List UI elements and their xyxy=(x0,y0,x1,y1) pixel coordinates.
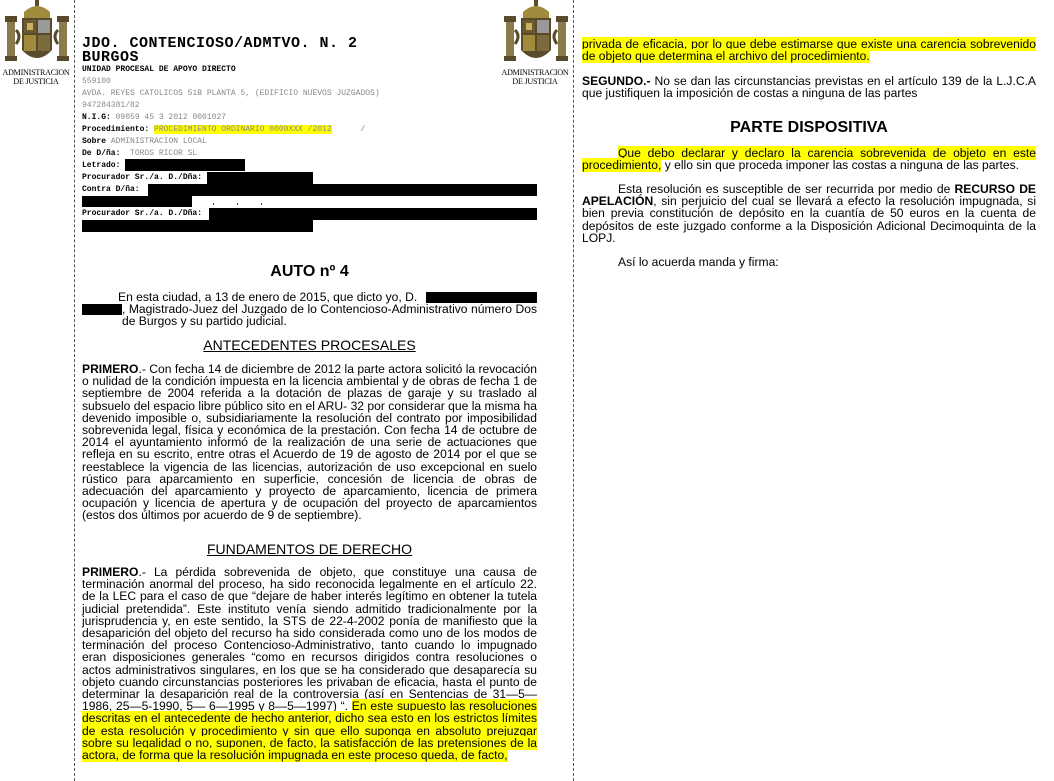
redaction-letrado xyxy=(125,159,245,171)
unit: UNIDAD PROCESAL DE APOYO DIRECTO xyxy=(82,65,236,74)
recurso-paragraph: Esta resolución es susceptible de ser re… xyxy=(582,183,1036,244)
address: AVDA. REYES CATOLICOS 51B PLANTA 5, (EDI… xyxy=(82,88,380,100)
segundo-paragraph: SEGUNDO.- No se dan las circunstancias p… xyxy=(582,75,1036,99)
redaction-contra-cont xyxy=(82,196,192,207)
code: 559100 xyxy=(82,76,380,88)
redaction-judge-name-cont xyxy=(82,304,122,315)
procedimiento-row: Procedimiento: PROCEDIMIENTO ORDINARIO 0… xyxy=(82,124,380,136)
closing-line: Así lo acuerda manda y firma: xyxy=(582,256,1036,268)
dot xyxy=(237,203,238,205)
phone: 947284381/82 xyxy=(82,100,380,112)
margin-rule xyxy=(74,0,75,781)
redaction-procurador2 xyxy=(209,208,537,220)
dispositiva-heading: PARTE DISPOSITIVA xyxy=(582,119,1036,137)
antecedentes-heading: ANTECEDENTES PROCESALES xyxy=(82,337,537,353)
dot xyxy=(261,203,262,205)
crest-label: ADMINISTRACION DE JUSTICIA xyxy=(0,68,76,86)
redaction-contra xyxy=(148,184,537,196)
nig-row: N.I.G: 09059 45 3 2012 0001027 xyxy=(82,112,380,124)
court-title: JDO. CONTENCIOSO/ADMTVO. N. 2 BURGOS xyxy=(82,37,358,65)
antecedentes-primero: PRIMERO.- Con fecha 14 de diciembre de 2… xyxy=(82,363,537,522)
margin-rule xyxy=(573,0,574,781)
redaction-procurador xyxy=(207,172,313,184)
sobre-row: Sobre ADMINISTRACION LOCAL xyxy=(82,136,380,148)
fundamentos-heading: FUNDAMENTOS DE DERECHO xyxy=(82,541,537,557)
dispositiva-paragraph: Que debo declarar y declaro la carencia … xyxy=(582,147,1036,171)
procedimiento-value: PROCEDIMIENTO ORDINARIO 0000XXX /2012 xyxy=(154,125,332,134)
redaction-judge-name xyxy=(426,292,537,303)
dot xyxy=(213,203,214,205)
auto-title: AUTO nº 4 xyxy=(82,263,537,281)
crest-label: ADMINISTRACION DE JUSTICIA xyxy=(495,68,575,86)
redaction-procurador2-cont xyxy=(82,220,313,232)
fundamentos-primero: PRIMERO.- La pérdida sobrevenida de obje… xyxy=(82,566,537,761)
continuation-paragraph: privada de eficacia, por lo que debe est… xyxy=(582,38,1036,62)
highlighted-text: privada de eficacia, por lo que debe est… xyxy=(582,37,1036,63)
